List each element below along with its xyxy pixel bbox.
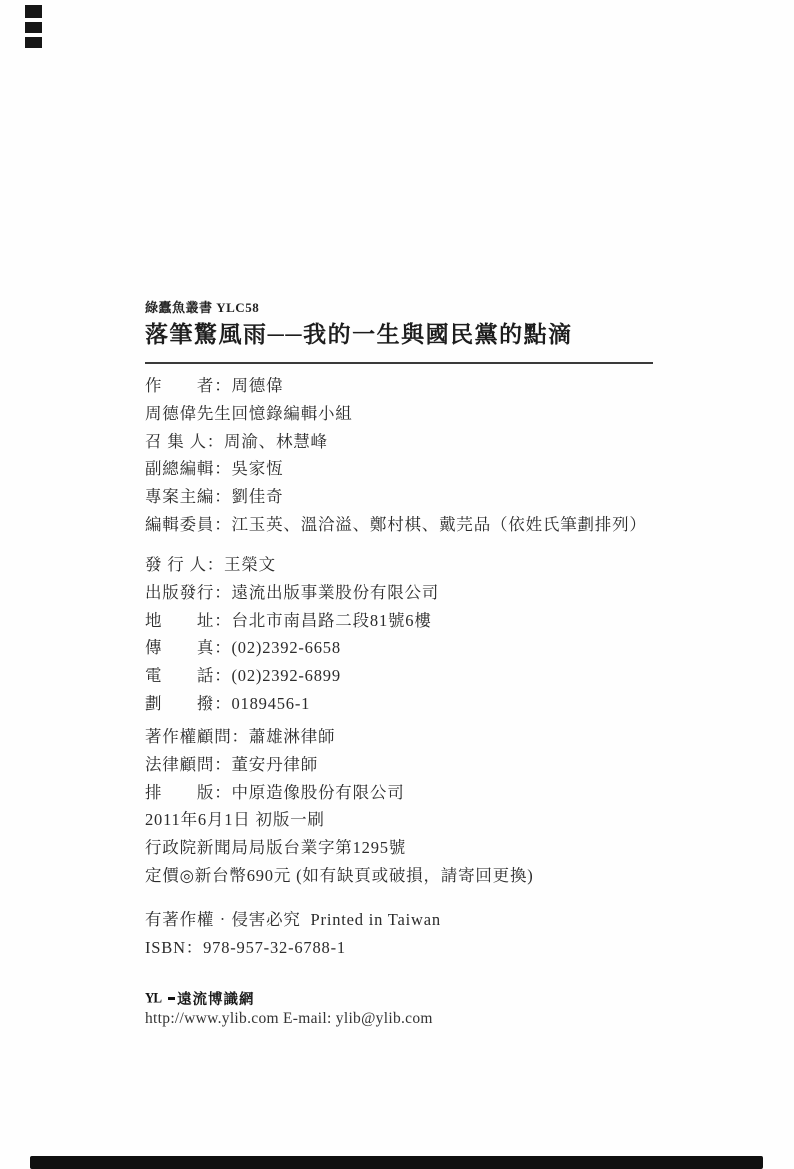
- credit-line-project-editor: 專案主編：劉佳奇: [145, 483, 647, 511]
- copyright-consultant-line: 著作權顧問：蕭雄淋律師: [145, 723, 534, 751]
- price-line: 定價◎新台幣690元 (如有缺頁或破損，請寄回更換): [145, 862, 534, 890]
- postal-account-line: 劃 撥：0189456-1: [145, 690, 439, 718]
- credit-line-editing-group: 周德偉先生回憶錄編輯小組: [145, 400, 647, 428]
- credit-line-editorial-committee: 編輯委員：江玉英、溫洽溢、鄭村棋、戴芫品（依姓氏筆劃排列）: [145, 511, 647, 539]
- edition-date-line: 2011年6月1日 初版一刷: [145, 806, 534, 834]
- series-label: 綠蠹魚叢書 YLC58: [145, 297, 259, 316]
- isbn-line: ISBN：978-957-32-6788-1: [145, 934, 441, 962]
- book-colophon-page: 綠蠹魚叢書 YLC58 落筆驚風雨──我的一生與國民黨的點滴 作 者：周德偉 周…: [0, 0, 794, 1169]
- typesetting-line: 排 版：中原造像股份有限公司: [145, 779, 534, 807]
- license-number-line: 行政院新聞局局版台業字第1295號: [145, 834, 534, 862]
- phone-line: 電 話：(02)2392-6899: [145, 662, 439, 690]
- legal-consultant-line: 法律顧問：董安丹律師: [145, 751, 534, 779]
- scan-artifact-mark: [25, 37, 42, 48]
- credit-line-author: 作 者：周德偉: [145, 372, 647, 400]
- rights-reserved-line: 有著作權‧侵害必究 Printed in Taiwan: [145, 906, 441, 934]
- website-line: http://www.ylib.com E-mail: ylib@ylib.co…: [145, 1010, 433, 1028]
- publisher-company-line: 出版發行：遠流出版事業股份有限公司: [145, 579, 439, 607]
- book-title: 落筆驚風雨──我的一生與國民黨的點滴: [145, 316, 573, 349]
- publishing-block: 發 行 人：王榮文 出版發行：遠流出版事業股份有限公司 地 址：台北市南昌路二段…: [145, 551, 439, 718]
- ylib-logo-dash-icon: [168, 997, 175, 1000]
- ylib-logo-text: 遠流博識網: [177, 988, 255, 1009]
- address-line: 地 址：台北市南昌路二段81號6樓: [145, 607, 439, 635]
- credits-block: 作 者：周德偉 周德偉先生回憶錄編輯小組 召 集 人：周渝、林慧峰 副總編輯：吳…: [145, 372, 647, 539]
- credit-line-deputy-editor: 副總編輯：吳家恆: [145, 455, 647, 483]
- legal-block: 著作權顧問：蕭雄淋律師 法律顧問：董安丹律師 排 版：中原造像股份有限公司 20…: [145, 723, 534, 890]
- ylib-logo: YL 遠流博識網: [145, 990, 255, 1006]
- scan-artifact-mark: [25, 22, 42, 33]
- ylib-logo-icon: YL: [145, 989, 161, 1007]
- publisher-person-line: 發 行 人：王榮文: [145, 551, 439, 579]
- title-divider: [145, 362, 653, 364]
- scan-artifact-bottom-bar: [30, 1156, 763, 1169]
- scan-artifact-mark: [25, 5, 42, 18]
- rights-block: 有著作權‧侵害必究 Printed in Taiwan ISBN：978-957…: [145, 906, 441, 962]
- fax-line: 傳 真：(02)2392-6658: [145, 634, 439, 662]
- credit-line-convener: 召 集 人：周渝、林慧峰: [145, 428, 647, 456]
